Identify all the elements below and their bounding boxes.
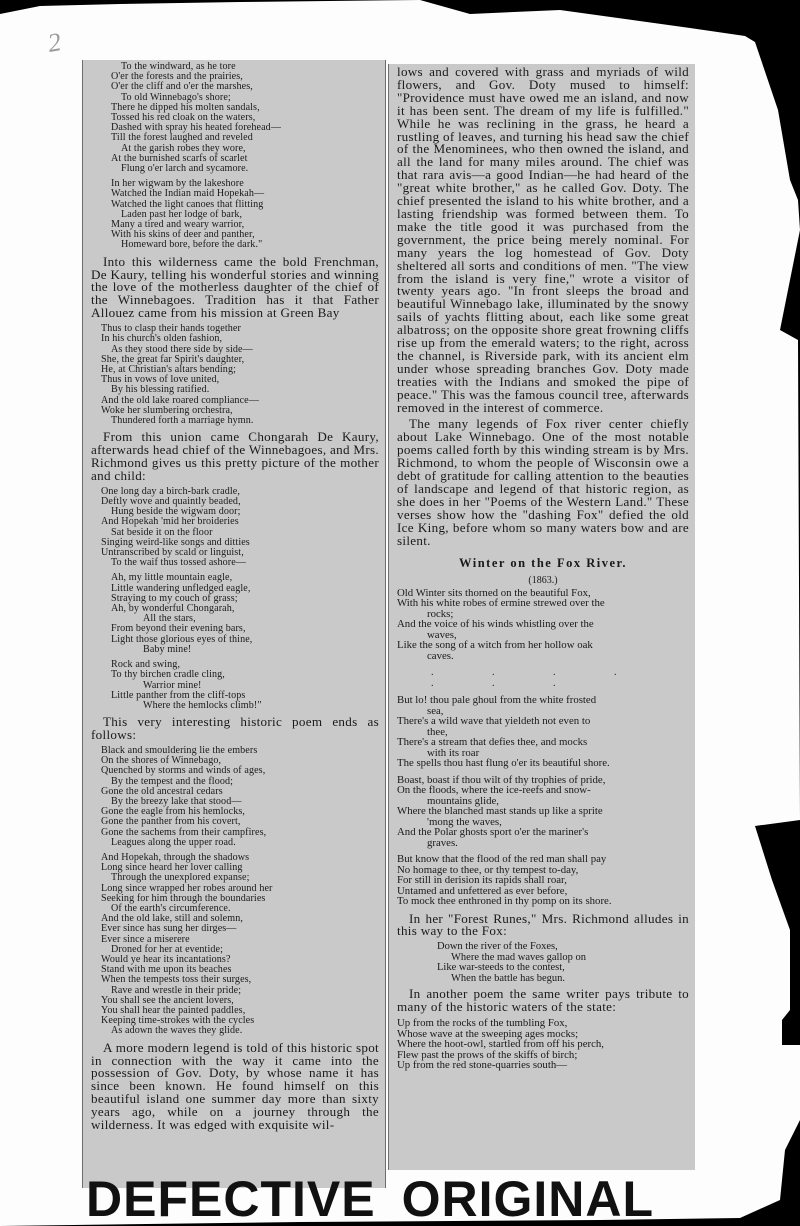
ellipsis-separator: . . . . . . .: [397, 667, 689, 689]
poem-date: (1863.): [397, 575, 689, 586]
poem-stanza: Boast, boast if thou wilt of thy trophie…: [397, 775, 689, 849]
poem-stanza: One long day a birch-bark cradle, Deftly…: [91, 487, 379, 569]
left-column: To the windward, as he tore O'er the for…: [82, 60, 386, 1188]
poem-stanza: Down the river of the Foxes, Where the m…: [397, 942, 689, 984]
article-paragraph: In her "Forest Runes," Mrs. Richmond all…: [397, 913, 689, 939]
article-paragraph: This very interesting historic poem ends…: [91, 716, 379, 742]
right-column: lows and covered with grass and myriads …: [388, 64, 695, 1170]
poem-stanza: In her wigwam by the lakeshore Watched t…: [91, 179, 379, 250]
poem-stanza: But lo! thou pale ghoul from the white f…: [397, 695, 689, 769]
article-paragraph: A more modern legend is told of this his…: [91, 1042, 379, 1132]
poem-title: Winter on the Fox River.: [397, 556, 689, 571]
poem-stanza: Old Winter sits thorned on the beautiful…: [397, 588, 689, 662]
defective-original-stamp: DEFECTIVEORIGINAL: [86, 1170, 654, 1226]
article-paragraph: From this union came Chongarah De Kaury,…: [91, 431, 379, 483]
article-paragraph: Into this wilderness came the bold Frenc…: [91, 256, 379, 321]
poem-stanza: And Hopekah, through the shadows Long si…: [91, 853, 379, 1037]
article-paragraph: In another poem the same writer pays tri…: [397, 988, 689, 1014]
poem-stanza: Up from the rocks of the tumbling Fox, W…: [397, 1018, 689, 1071]
poem-stanza: Rock and swing, To thy birchen cradle cl…: [91, 660, 379, 711]
poem-stanza: Thus to clasp their hands together In hi…: [91, 324, 379, 426]
poem-stanza: Ah, my little mountain eagle, Little wan…: [91, 573, 379, 655]
article-paragraph: lows and covered with grass and myriads …: [397, 66, 689, 414]
article-paragraph: The many legends of Fox river center chi…: [397, 418, 689, 547]
poem-stanza: To the windward, as he tore O'er the for…: [91, 62, 379, 174]
poem-stanza: But know that the flood of the red man s…: [397, 854, 689, 907]
poem-stanza: Black and smouldering lie the embers On …: [91, 746, 379, 848]
